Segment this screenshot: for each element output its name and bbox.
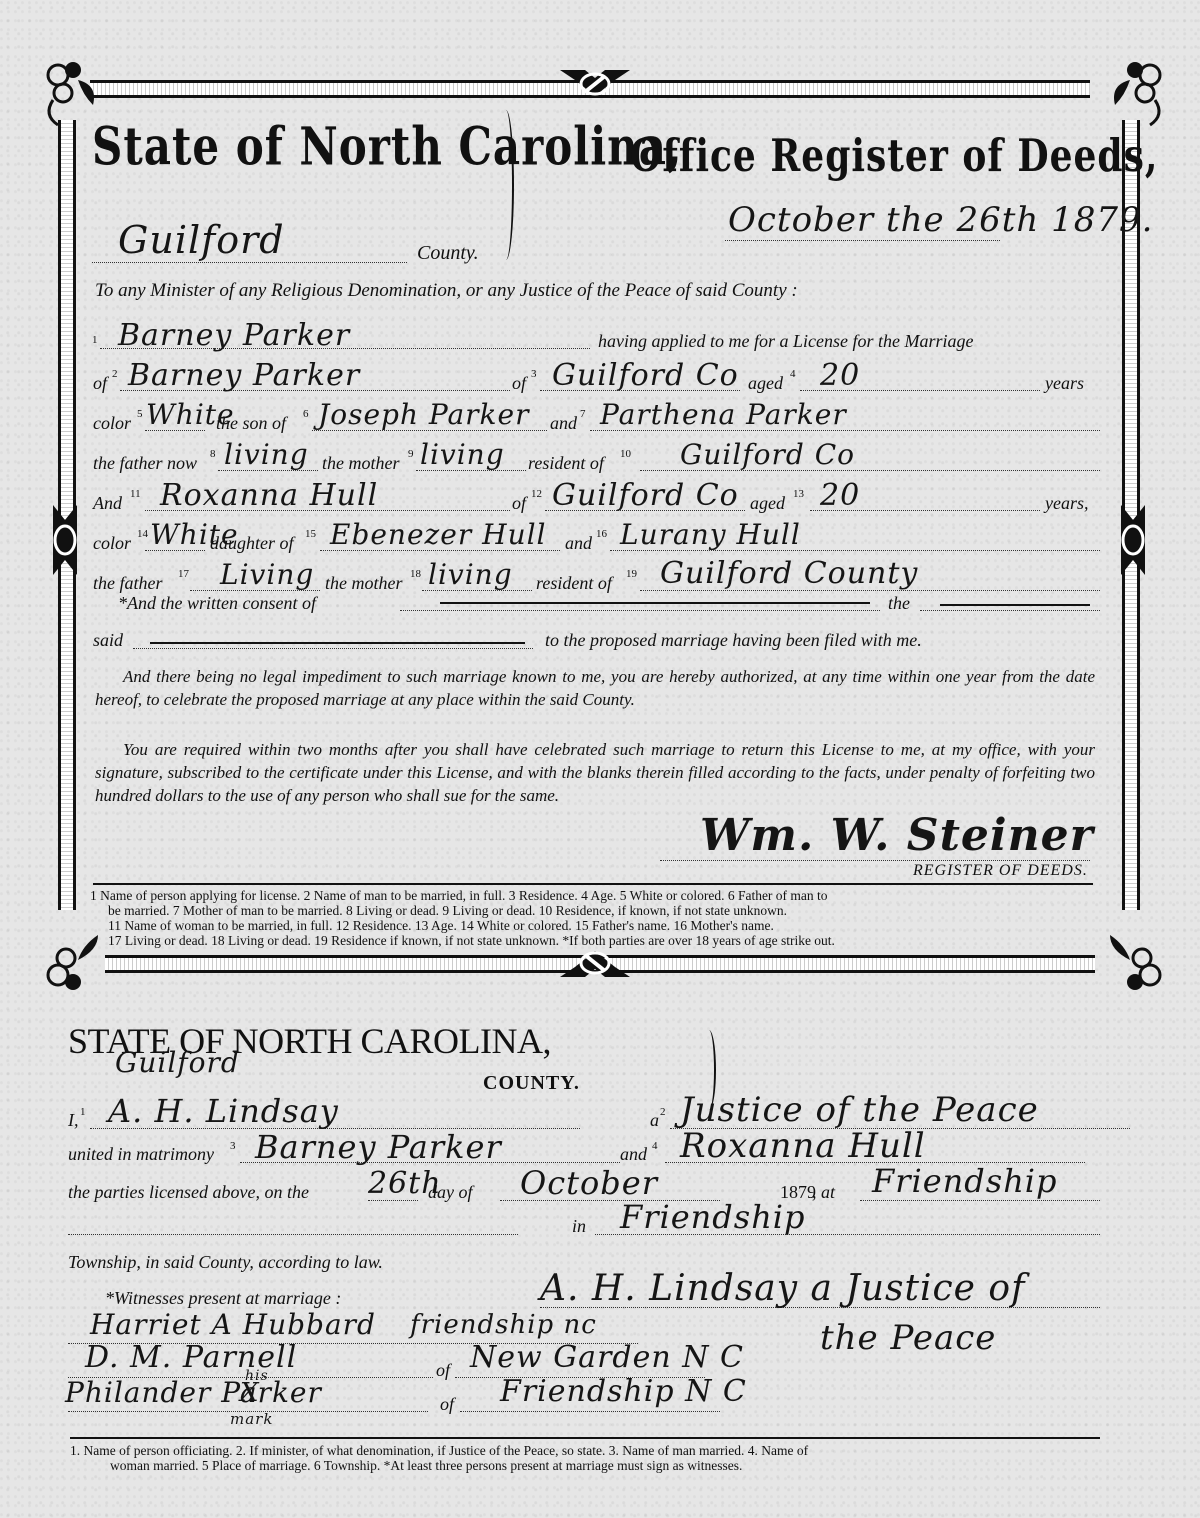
groom-age: 20 (820, 358, 860, 393)
bride-resident: Guilford County (660, 556, 918, 591)
groom-name: Barney Parker (128, 358, 360, 393)
address-line: To any Minister of any Religious Denomin… (95, 280, 798, 302)
knot-ornament-top-icon (555, 62, 635, 102)
office-title: Office Register of Deeds, (630, 130, 1158, 183)
bride-age: 20 (820, 478, 860, 513)
witness-3-place-line (460, 1411, 720, 1412)
bride-name: Roxanna Hull (160, 478, 378, 513)
consent-field (400, 610, 880, 611)
consent-said-strikeout (150, 642, 525, 644)
bride-father: Ebenezer Hull (330, 518, 547, 551)
witness-1-place: friendship nc (410, 1310, 597, 1340)
applicant-name: Barney Parker (118, 318, 350, 353)
bride-residence: Guilford Co (552, 478, 739, 513)
date-field (725, 240, 1000, 241)
consent-relation-field (920, 610, 1100, 611)
bride-mother: Lurany Hull (620, 518, 801, 551)
certificate-county-value: Guilford (115, 1046, 240, 1079)
flower-bouquet-bottom-right-icon (1100, 920, 1170, 1000)
witness-3-mark-x: X (240, 1378, 260, 1408)
groom-mother: Parthena Parker (600, 398, 847, 431)
witness-1-name: Harriet A Hubbard (90, 1308, 376, 1341)
legend-divider (93, 883, 1093, 885)
cert-place: Friendship (872, 1162, 1058, 1200)
authorization-paragraph: And there being no legal impediment to s… (95, 665, 1095, 711)
knot-ornament-left-icon (45, 500, 85, 580)
flower-bouquet-top-right-icon (1100, 55, 1170, 135)
register-title: REGISTER OF DEEDS. (913, 862, 1088, 880)
witnesses-label: *Witnesses present at marriage : (105, 1288, 341, 1309)
groom-resident: Guilford Co (680, 438, 855, 471)
consent-said-field (133, 648, 533, 649)
officiant-signature-1: A. H. Lindsay a Justice of (540, 1268, 1025, 1309)
county-value: Guilford (118, 218, 285, 262)
officiant-capacity: Justice of the Peace (680, 1090, 1039, 1130)
officiant-name: A. H. Lindsay (108, 1092, 339, 1130)
register-signature: Wm. W. Steiner (700, 810, 1094, 861)
bride-mother-status: living (428, 558, 513, 591)
place-field (860, 1200, 1100, 1201)
cert-township: Friendship (620, 1198, 806, 1236)
requirement-paragraph: You are required within two months after… (95, 738, 1095, 807)
county-label: County. (417, 242, 479, 265)
certificate-legend-divider (70, 1437, 1100, 1439)
groom-residence: Guilford Co (552, 358, 739, 393)
bracket (498, 110, 514, 260)
cert-bride: Roxanna Hull (680, 1126, 926, 1166)
knot-ornament-right-icon (1113, 500, 1153, 580)
groom-mother-status: living (420, 438, 505, 471)
witness-3-mark-label: mark (230, 1410, 273, 1428)
township-label: Township, in said County, according to l… (68, 1252, 383, 1273)
county-field (92, 262, 407, 263)
bride-father-status: Living (220, 558, 314, 591)
date-value: October the 26th 1879. (728, 200, 1153, 240)
license-legend: 1 Name of person applying for license. 2… (90, 888, 1100, 948)
officiant-signature-2: the Peace (820, 1318, 996, 1358)
witness-3-place: Friendship N C (500, 1374, 747, 1409)
certificate-legend: 1. Name of person officiating. 2. If min… (70, 1443, 1130, 1473)
cert-groom: Barney Parker (255, 1128, 502, 1166)
consent-relation-strikeout (940, 604, 1090, 606)
applicant-label: having applied to me for a License for t… (598, 331, 973, 352)
knot-ornament-bottom-icon (555, 945, 635, 985)
consent-label: *And the written consent of (118, 593, 316, 614)
witness-3-name: Philander Parker (65, 1376, 322, 1409)
cert-month: October (520, 1164, 658, 1202)
groom-father-status: living (224, 438, 309, 471)
blank-line (68, 1234, 518, 1235)
certificate-county-label: COUNTY. (483, 1072, 580, 1095)
witness-2-place: New Garden N C (470, 1340, 744, 1375)
consent-strikeout (440, 602, 870, 604)
groom-father: Joseph Parker (318, 398, 529, 431)
license-state-title: State of North Carolina, (92, 116, 683, 177)
